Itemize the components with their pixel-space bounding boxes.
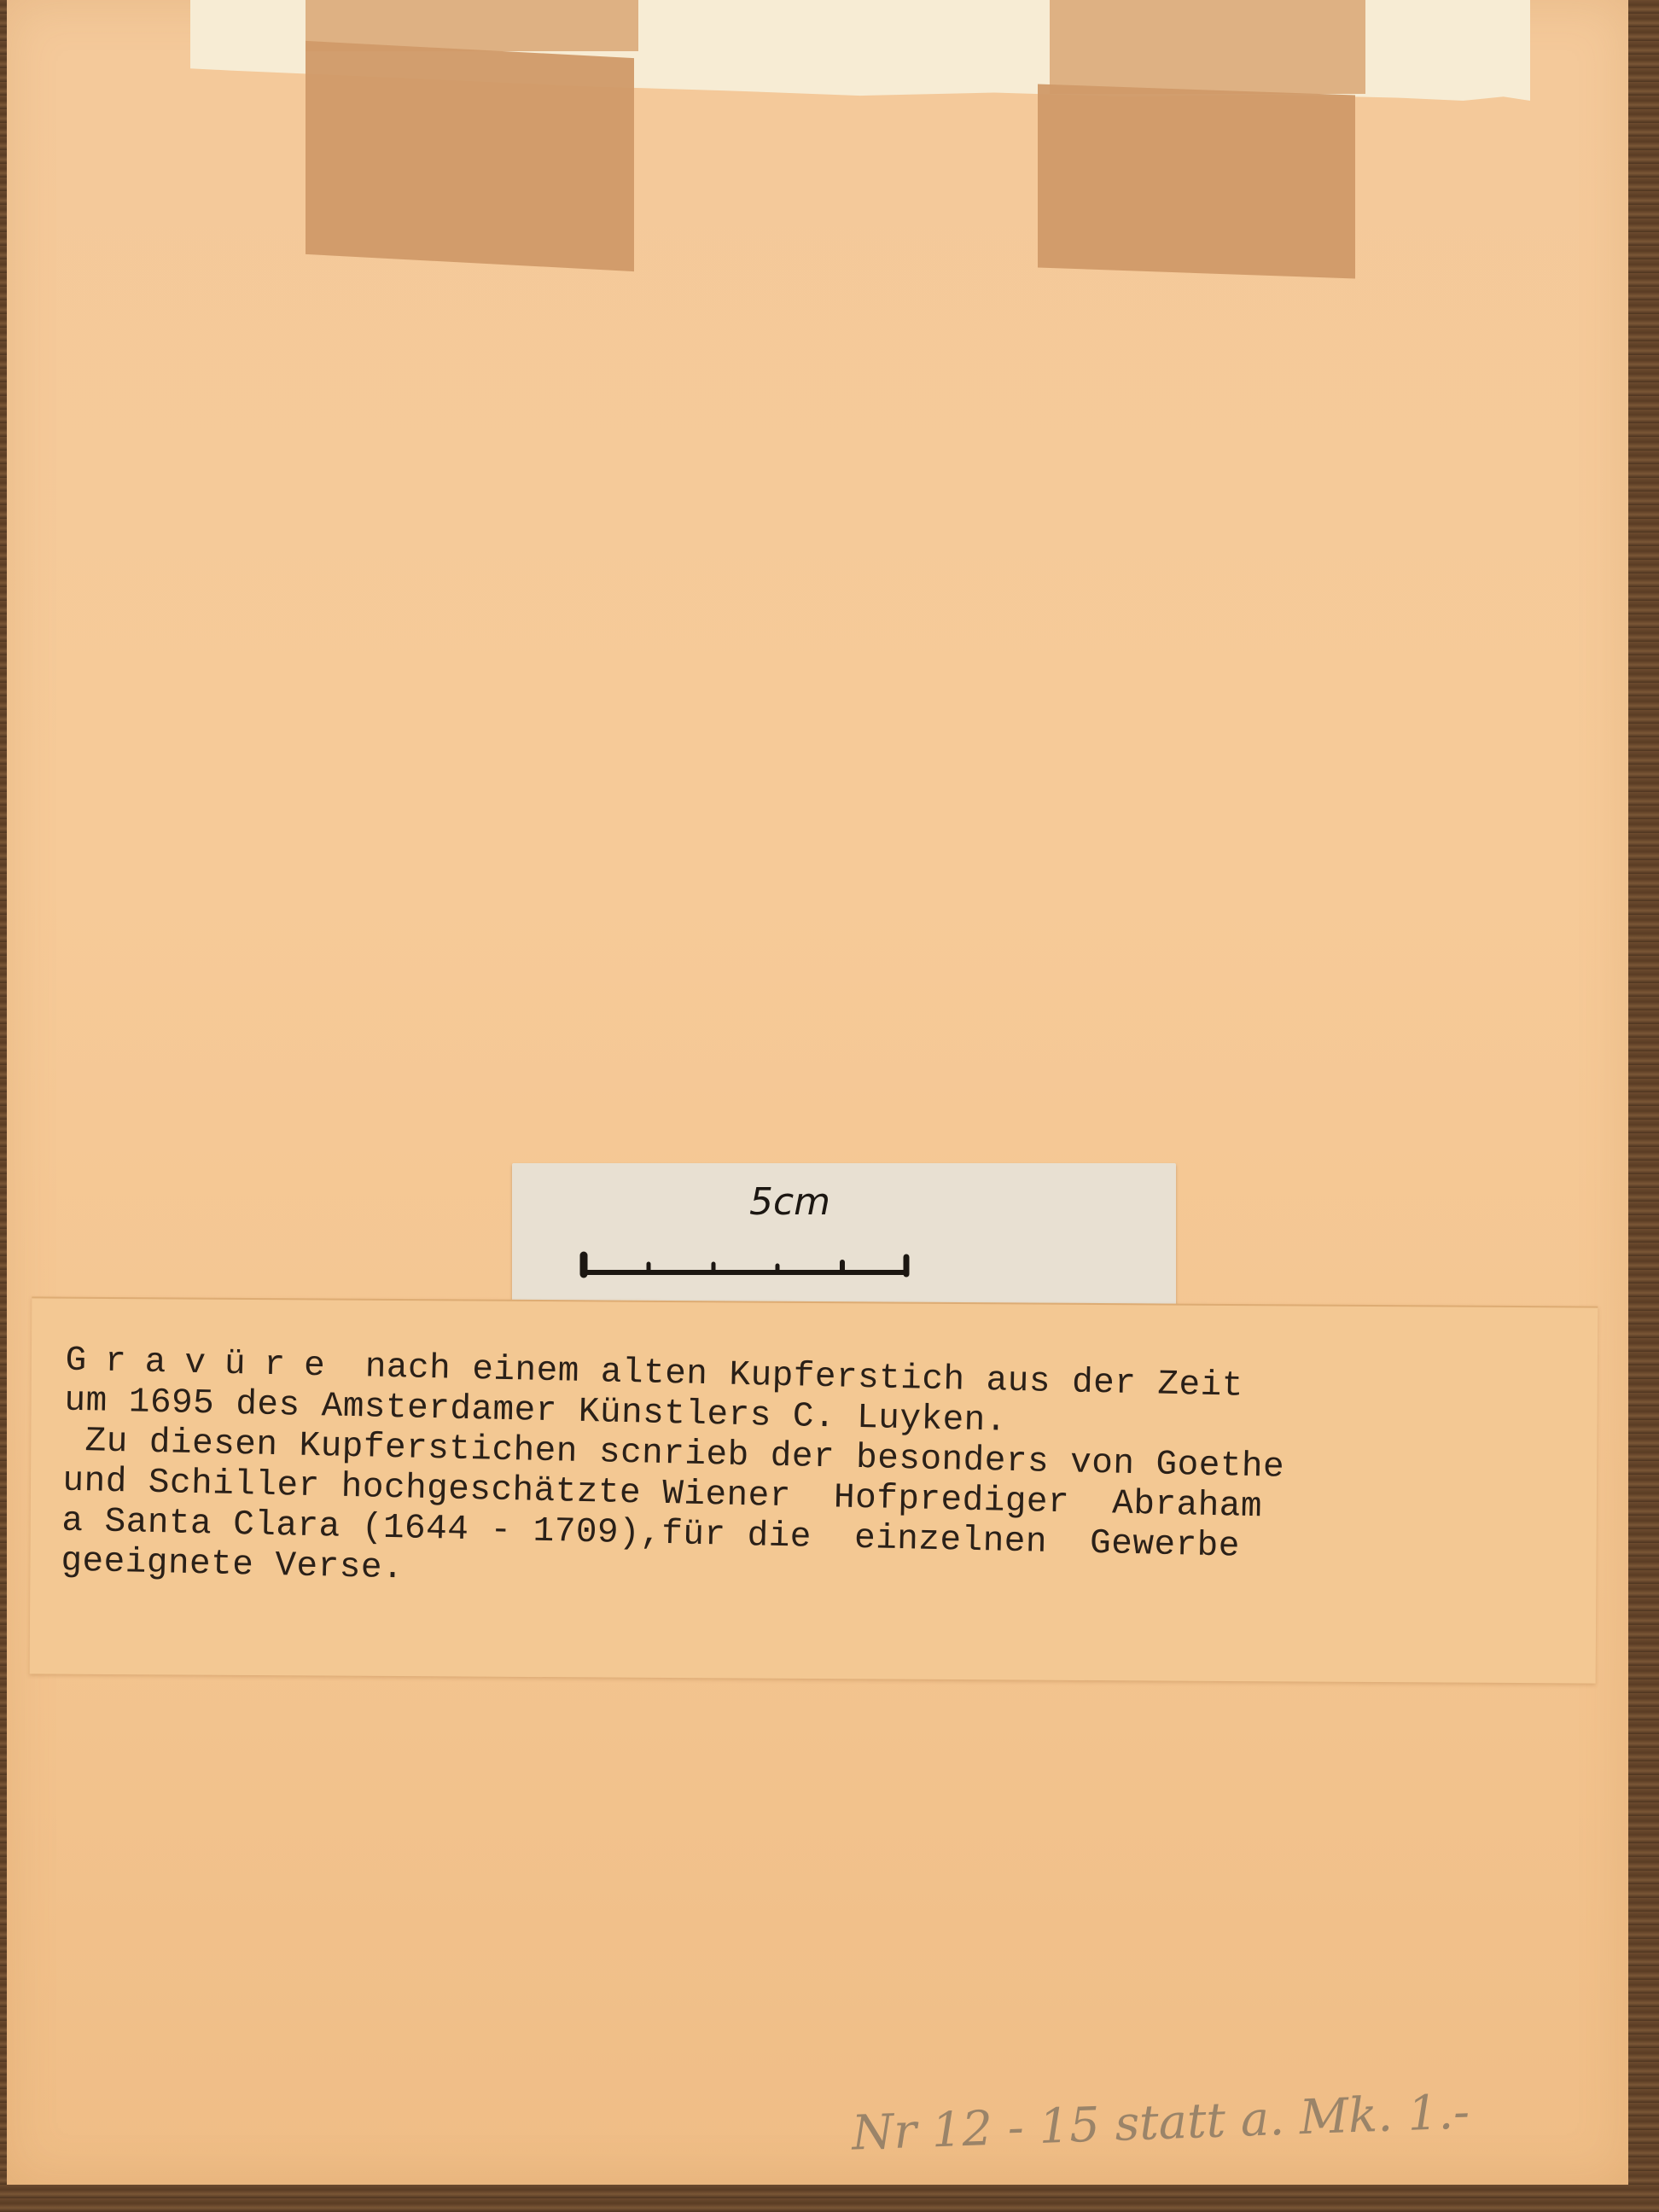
scale-card: 5cm: [512, 1163, 1176, 1315]
typed-caption-heading: Gravüre: [65, 1342, 344, 1387]
typed-label-slip: Gravüre nach einem alten Kupferstich aus…: [30, 1296, 1598, 1683]
scale-bar-icon: [579, 1247, 911, 1281]
scale-label: 5cm: [749, 1180, 830, 1224]
typed-caption: Gravüre nach einem alten Kupferstich aus…: [61, 1342, 1593, 1615]
tape-strip-left: [306, 41, 634, 271]
tape-strip-right: [1038, 84, 1355, 279]
mount-sheet: 5cm Gravüre nach einem alten Kupferstich…: [7, 0, 1628, 2185]
tape-strip-right-upper: [1050, 0, 1365, 94]
typed-caption-text: geeignete Verse.: [61, 1542, 405, 1589]
handwritten-price-note: Nr 12 - 15 statt a. Mk. 1.-: [851, 2084, 1470, 2161]
